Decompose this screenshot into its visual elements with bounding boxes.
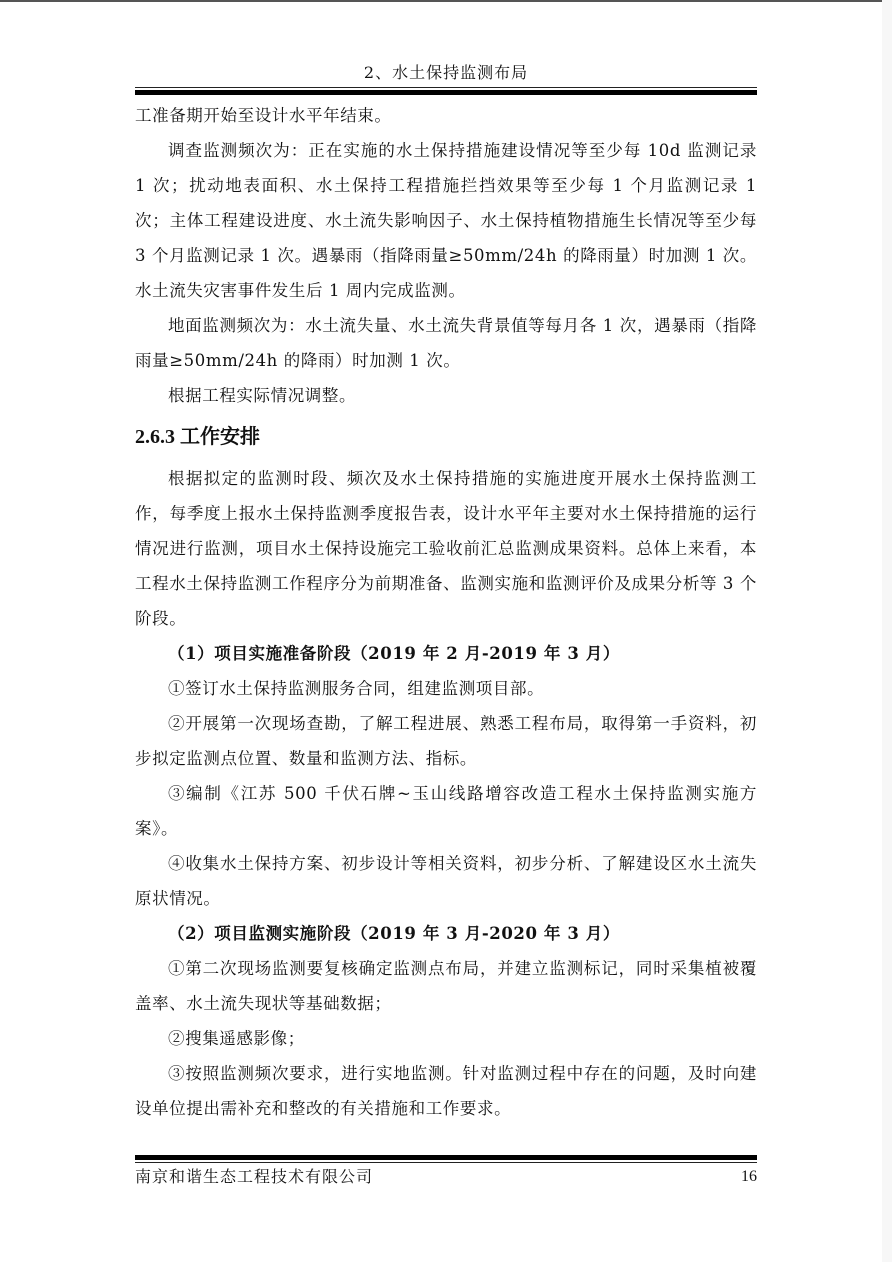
phase2-item: ③按照监测频次要求，进行实地监测。针对监测过程中存在的问题，及时向建设单位提出需… [135,1056,757,1126]
section-heading-2-6-3: 2.6.3 工作安排 [135,413,757,461]
phase2-item: ①第二次现场监测要复核确定监测点布局，并建立监测标记，同时采集植被覆盖率、水土流… [135,951,757,1021]
phase1-item: ①签订水土保持监测服务合同，组建监测项目部。 [135,671,757,706]
phase2-heading: （2）项目监测实施阶段（2019 年 3 月-2020 年 3 月） [135,916,757,951]
page-body: 工准备期开始至设计水平年结束。 调查监测频次为：正在实施的水土保持措施建设情况等… [135,98,757,1126]
paragraph-continuation: 工准备期开始至设计水平年结束。 [135,98,757,133]
page-edge-shade [882,0,892,1262]
paragraph-adjustment: 根据工程实际情况调整。 [135,378,757,413]
page-top-border [0,0,892,2]
paragraph-survey-frequency: 调查监测频次为：正在实施的水土保持措施建设情况等至少每 10d 监测记录 1 次… [135,133,757,308]
footer-rule-thin [135,1162,757,1163]
phase1-heading: （1）项目实施准备阶段（2019 年 2 月-2019 年 3 月） [135,636,757,671]
running-header-title: 2、水土保持监测布局 [135,62,757,84]
phase1-item: ④收集水土保持方案、初步设计等相关资料，初步分析、了解建设区水土流失原状情况。 [135,846,757,916]
paragraph-work-arrangement: 根据拟定的监测时段、频次及水土保持措施的实施进度开展水土保持监测工作，每季度上报… [135,461,757,636]
footer-page-number: 16 [741,1166,757,1188]
phase2-item: ②搜集遥感影像； [135,1021,757,1056]
phase1-item: ③编制《江苏 500 千伏石牌~玉山线路增容改造工程水土保持监测实施方案》。 [135,776,757,846]
footer-rule-thick [135,1155,757,1160]
paragraph-ground-frequency: 地面监测频次为：水土流失量、水土流失背景值等每月各 1 次，遇暴雨（指降雨量≥5… [135,308,757,378]
header-rule-thin [135,87,757,88]
footer-company-name: 南京和谐生态工程技术有限公司 [135,1166,373,1188]
header-rule-thick [135,90,757,95]
phase1-item: ②开展第一次现场查勘，了解工程进展、熟悉工程布局，取得第一手资料，初步拟定监测点… [135,706,757,776]
